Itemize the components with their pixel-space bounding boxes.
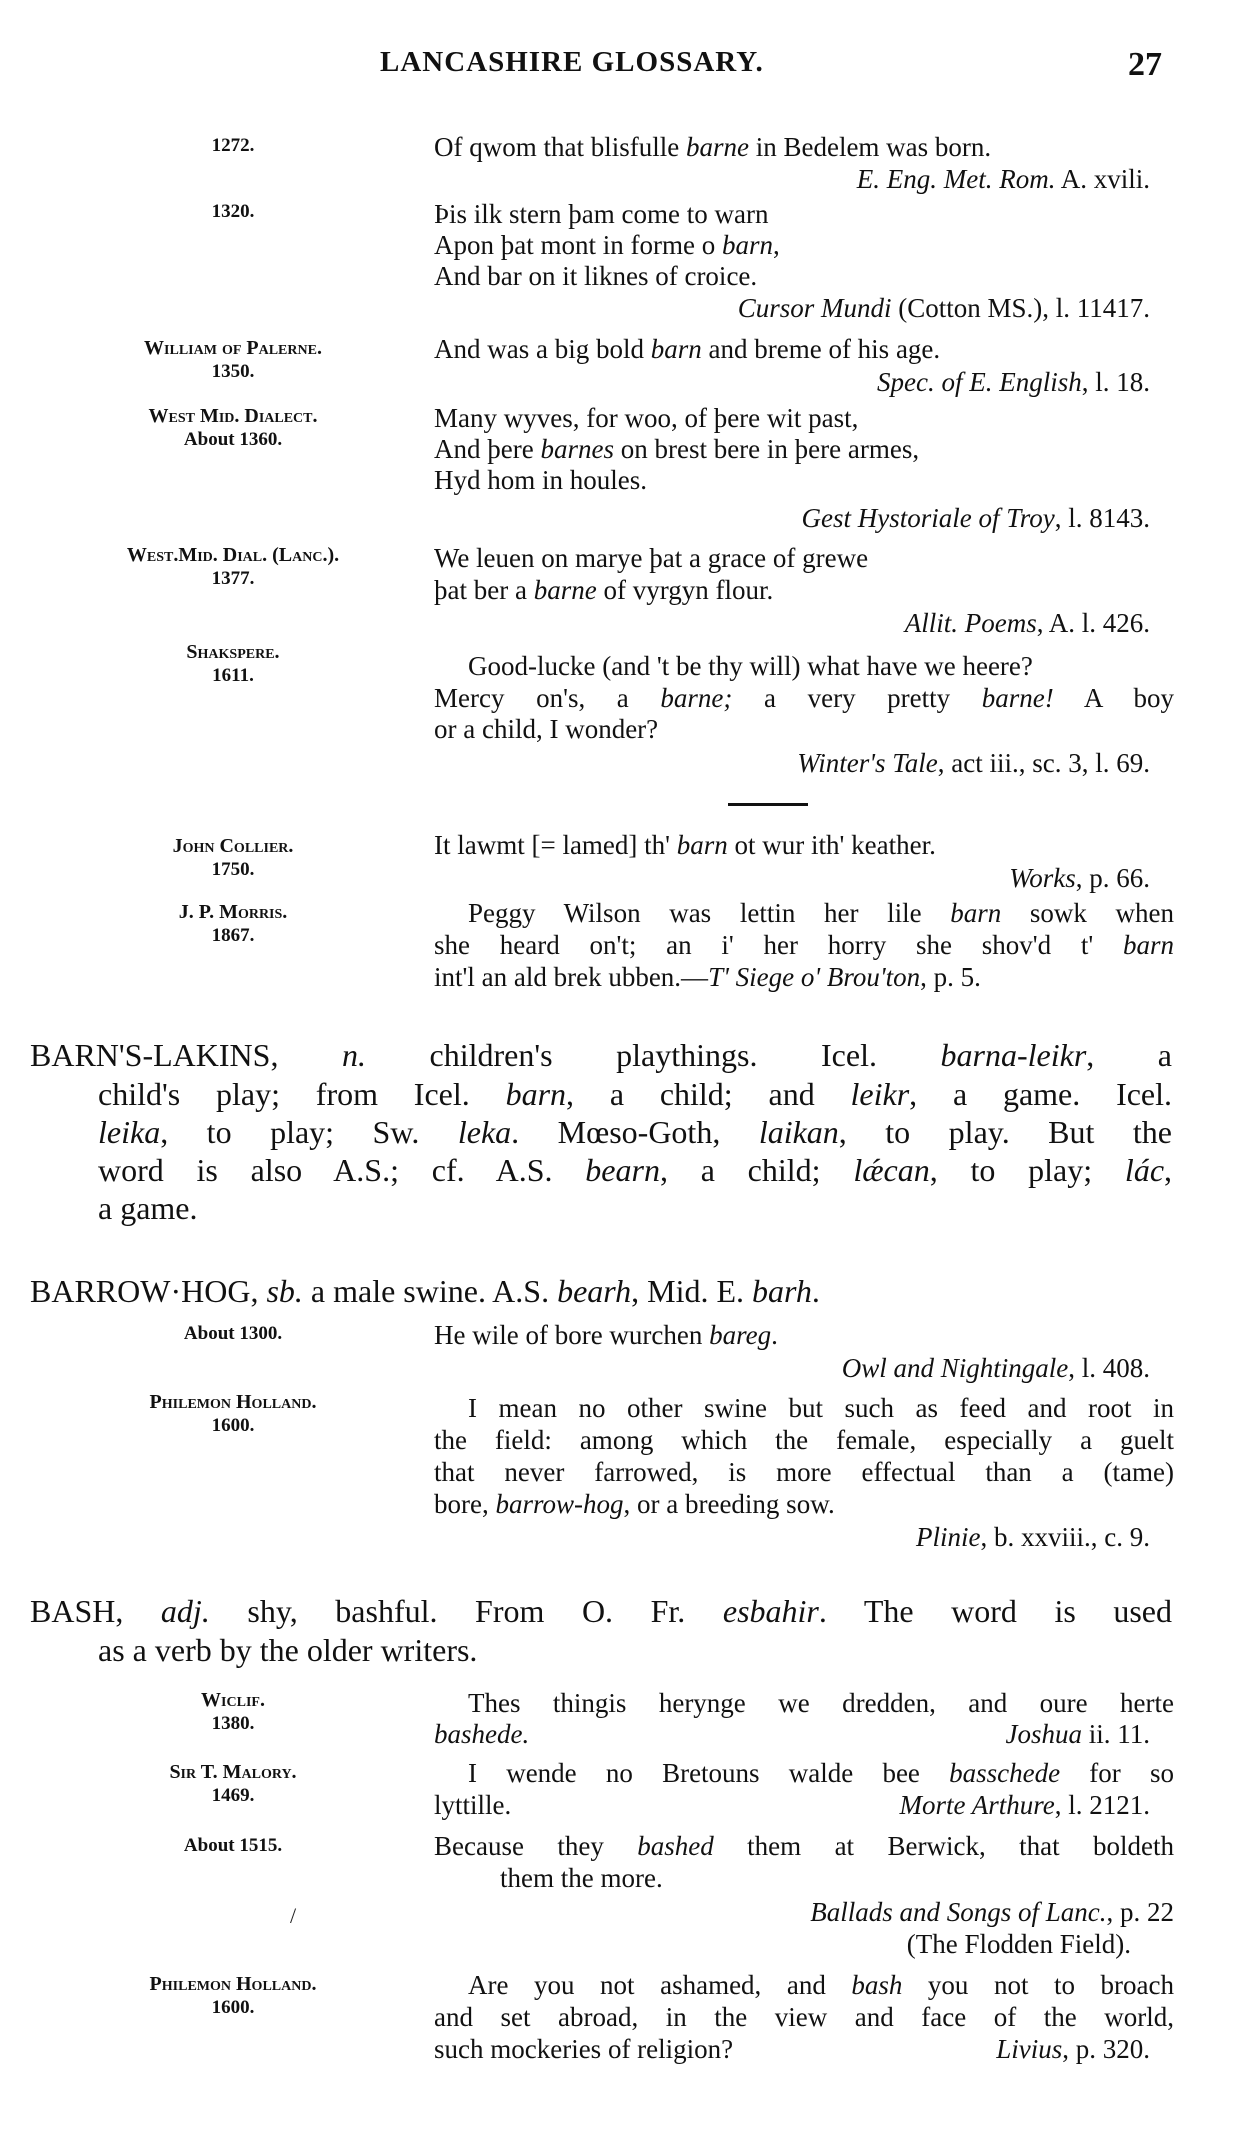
headword: BARN'S-LAKINS,: [30, 1037, 278, 1073]
citation-reference: E. Eng. Met. Rom. A. xvili.: [857, 164, 1150, 195]
quote-line: the field: among which the female, espec…: [434, 1425, 1174, 1456]
stray-mark: /: [290, 1903, 296, 1929]
citation-reference: Spec. of E. English, l. 18.: [877, 367, 1150, 398]
citation-source: J. P. Morris.: [179, 901, 288, 923]
definition-line: a game.: [98, 1189, 1172, 1227]
citation-label: 1320.: [73, 200, 393, 224]
citation-year: 1377.: [73, 567, 393, 591]
citation-label: Wiclif.1380.: [73, 1688, 393, 1736]
quote-line: Þis ilk stern þam come to warn: [434, 199, 1174, 230]
quote-line: þat ber a barne of vyrgyn flour.: [434, 575, 1174, 606]
quote-line: And bar on it liknes of croice.: [434, 261, 1174, 292]
quote-line: Good-lucke (and 't be thy will) what hav…: [434, 651, 1174, 682]
citation-reference: Owl and Nightingale, l. 408.: [842, 1353, 1150, 1384]
citation-reference: Plinie, b. xxviii., c. 9.: [916, 1522, 1150, 1553]
quote-line: Are you not ashamed, and bash you not to…: [434, 1970, 1174, 2001]
part-of-speech: adj.: [161, 1593, 210, 1629]
definition-line: child's play; from Icel. barn, a child; …: [98, 1075, 1172, 1113]
citation-label: Philemon Holland.1600.: [73, 1390, 393, 1438]
headword-entry-line: BARROW·HOG, sb. a male swine. A.S. bearh…: [30, 1272, 1172, 1310]
definition-line: leika, to play; Sw. leka. Mœso-Goth, lai…: [98, 1113, 1172, 1151]
page-number: 27: [1128, 46, 1162, 84]
headword-entry-line: BARN'S-LAKINS, n. children's playthings.…: [30, 1036, 1172, 1074]
citation-reference: (The Flodden Field).: [907, 1929, 1131, 1960]
citation-reference: Gest Hystoriale of Troy, l. 8143.: [801, 503, 1150, 534]
citation-year: About 1300.: [73, 1322, 393, 1346]
citation-year: 1867.: [73, 924, 393, 948]
citation-reference: Joshua ii. 11.: [1005, 1719, 1150, 1750]
citation-source: Shakspere.: [186, 641, 279, 663]
citation-label: John Collier.1750.: [73, 834, 393, 882]
quote-line: and set abroad, in the view and face of …: [434, 2002, 1174, 2033]
quote-line: And þere barnes on brest bere in þere ar…: [434, 434, 1174, 465]
quote-line: I wende no Bretouns walde bee basschede …: [434, 1758, 1174, 1789]
citation-source: Wiclif.: [201, 1689, 265, 1711]
citation-label: West Mid. Dialect.About 1360.: [73, 404, 393, 452]
quote-line: or a child, I wonder?: [434, 714, 1174, 745]
citation-year: About 1515.: [73, 1834, 393, 1858]
quote-line: bore, barrow-hog, or a breeding sow.: [434, 1489, 1174, 1520]
definition-line: word is also A.S.; cf. A.S. bearn, a chi…: [98, 1151, 1172, 1189]
citation-source: West.Mid. Dial. (Lanc.).: [127, 544, 339, 566]
headword-entry-line: BASH, adj. shy, bashful. From O. Fr. esb…: [30, 1592, 1172, 1630]
citation-source: John Collier.: [173, 835, 294, 857]
citation-year: 1469.: [73, 1784, 393, 1808]
headword: BASH,: [30, 1593, 123, 1629]
running-header-title: LANCASHIRE GLOSSARY.: [380, 46, 764, 79]
citation-reference: Livius, p. 320.: [996, 2034, 1150, 2065]
part-of-speech: sb.: [266, 1273, 302, 1309]
quote-line: Mercy on's, a barne; a very pretty barne…: [434, 683, 1174, 714]
quote-line: Thes thingis herynge we dredden, and our…: [434, 1688, 1174, 1719]
quote-line: Because they bashed them at Berwick, tha…: [434, 1831, 1174, 1862]
citation-label: J. P. Morris.1867.: [73, 900, 393, 948]
citation-label: Sir T. Malory.1469.: [73, 1760, 393, 1808]
citation-label: Shakspere.1611.: [73, 640, 393, 688]
quote-line: them the more.: [434, 1863, 1174, 1894]
section-divider: [728, 803, 808, 806]
citation-source: William of Palerne.: [144, 337, 322, 359]
citation-year: 1350.: [73, 360, 393, 384]
citation-year: 1380.: [73, 1712, 393, 1736]
citation-reference: Allit. Poems, A. l. 426.: [905, 608, 1150, 639]
citation-source: Philemon Holland.: [150, 1973, 317, 1995]
citation-reference: Works, p. 66.: [1009, 863, 1150, 894]
citation-reference: Winter's Tale, act iii., sc. 3, l. 69.: [797, 748, 1150, 779]
citation-label: About 1515.: [73, 1834, 393, 1858]
citation-year: 1611.: [73, 664, 393, 688]
citation-reference: Cursor Mundi (Cotton MS.), l. 11417.: [738, 293, 1150, 324]
quote-line: she heard on't; an i' her horry she shov…: [434, 930, 1174, 961]
citation-source: Sir T. Malory.: [169, 1761, 296, 1783]
quote-line: int'l an ald brek ubben.—T' Siege o' Bro…: [434, 962, 1174, 993]
quote-line: Hyd hom in houles.: [434, 465, 1174, 496]
citation-label: West.Mid. Dial. (Lanc.).1377.: [73, 543, 393, 591]
citation-year: 1600.: [73, 1996, 393, 2020]
citation-reference: Morte Arthure, l. 2121.: [899, 1790, 1150, 1821]
citation-reference: Ballads and Songs of Lanc., p. 22: [810, 1897, 1174, 1928]
citation-label: About 1300.: [73, 1322, 393, 1346]
definition-line: as a verb by the older writers.: [98, 1631, 1172, 1669]
quote-line: Apon þat mont in forme o barn,: [434, 230, 1174, 261]
part-of-speech: n.: [342, 1037, 366, 1073]
citation-source: West Mid. Dialect.: [148, 405, 317, 427]
quote-line: It lawmt [= lamed] th' barn ot wur ith' …: [434, 830, 1174, 861]
headword: BARROW·HOG,: [30, 1273, 258, 1309]
quote-line: that never farrowed, is more effectual t…: [434, 1457, 1174, 1488]
quote-line: He wile of bore wurchen bareg.: [434, 1320, 1174, 1351]
quote-line: Peggy Wilson was lettin her lile barn so…: [434, 898, 1174, 929]
quote-line: We leuen on marye þat a grace of grewe: [434, 543, 1174, 574]
quote-line: And was a big bold barn and breme of his…: [434, 334, 1174, 365]
citation-label: 1272.: [73, 134, 393, 158]
quote-line: Of qwom that blisfulle barne in Bedelem …: [434, 132, 1174, 163]
citation-source: Philemon Holland.: [150, 1391, 317, 1413]
quote-line: Many wyves, for woo, of þere wit past,: [434, 403, 1174, 434]
citation-year: About 1360.: [73, 428, 393, 452]
citation-year: 1600.: [73, 1414, 393, 1438]
quote-line: I mean no other swine but such as feed a…: [434, 1393, 1174, 1424]
citation-year: 1272.: [73, 134, 393, 158]
citation-year: 1750.: [73, 858, 393, 882]
citation-label: William of Palerne.1350.: [73, 336, 393, 384]
citation-label: Philemon Holland.1600.: [73, 1972, 393, 2020]
citation-year: 1320.: [73, 200, 393, 224]
